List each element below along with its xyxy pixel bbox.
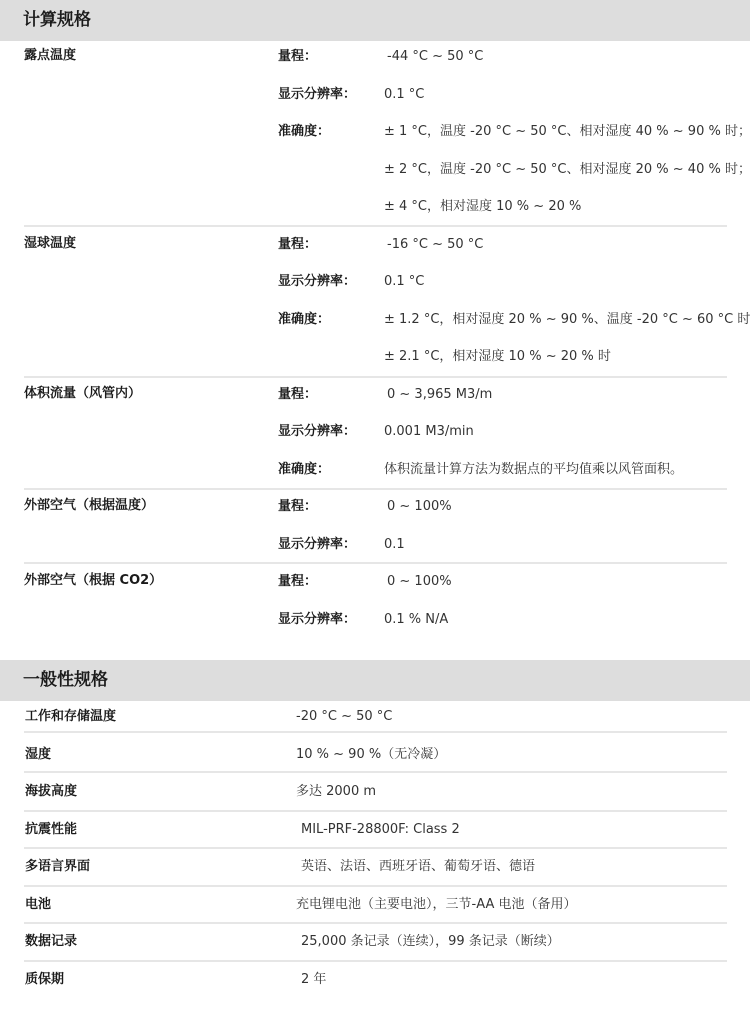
row-value: -20 °C ~ 50 °C	[296, 707, 392, 727]
row-value: ± 1 °C，温度 -20 °C ~ 50 °C、相对湿度 40 % ~ 90 …	[384, 122, 750, 142]
row-value: 0 ~ 100%	[387, 497, 452, 517]
row-label: 显示分辨率：	[278, 422, 356, 442]
row-value: ± 1.2 °C，相对湿度 20 % ~ 90 %、温度 -20 °C ~ 60…	[384, 310, 750, 330]
row-label: 显示分辨率：	[278, 610, 356, 630]
row-value: ± 2 °C，温度 -20 °C ~ 50 °C、相对湿度 20 % ~ 40 …	[384, 160, 750, 180]
divider	[24, 562, 727, 564]
row-label: 准确度：	[278, 310, 330, 330]
row-label: 海拔高度	[25, 782, 77, 802]
row-label: 多语言界面	[25, 857, 90, 877]
row-label: 显示分辨率：	[278, 85, 356, 105]
row-label: 数据记录	[25, 932, 77, 952]
row-value: MIL-PRF-28800F: Class 2	[301, 820, 460, 840]
category-label: 露点温度	[24, 46, 76, 66]
divider	[24, 731, 727, 733]
row-value: 英语、法语、西班牙语、葡萄牙语、德语	[301, 857, 535, 877]
row-label: 抗震性能	[25, 820, 77, 840]
row-value: 体积流量计算方法为数据点的平均值乘以风管面积。	[384, 460, 683, 480]
row-label: 工作和存储温度	[25, 707, 116, 727]
row-value: 0 ~ 100%	[387, 572, 452, 592]
section-title: 计算规格	[23, 6, 91, 34]
row-label: 电池	[25, 895, 51, 915]
row-label: 量程：	[278, 385, 317, 405]
row-label: 量程：	[278, 497, 317, 517]
divider	[24, 771, 727, 773]
row-value: 多达 2000 m	[296, 782, 376, 802]
divider	[24, 960, 727, 962]
category-label: 湿球温度	[24, 234, 76, 254]
row-value: 0 ~ 3,965 M3/m	[387, 385, 492, 405]
divider	[24, 225, 727, 227]
row-value: 充电锂电池（主要电池），三节-AA 电池（备用）	[296, 895, 576, 915]
section-title: 一般性规格	[23, 666, 108, 694]
row-value: 0.1 °C	[384, 272, 424, 292]
divider	[24, 488, 727, 490]
row-label: 显示分辨率：	[278, 272, 356, 292]
divider	[24, 810, 727, 812]
row-value: 25,000 条记录（连续），99 条记录（断续）	[301, 932, 560, 952]
row-label: 显示分辨率：	[278, 535, 356, 555]
general-specs-header: 一般性规格	[0, 660, 750, 701]
row-value: 2 年	[301, 970, 326, 990]
row-label: 量程：	[278, 235, 317, 255]
row-value: ± 4 °C，相对湿度 10 % ~ 20 %	[384, 197, 581, 217]
row-value: -16 °C ~ 50 °C	[387, 235, 483, 255]
divider	[24, 885, 727, 887]
row-label: 质保期	[25, 970, 64, 990]
divider	[24, 847, 727, 849]
category-label: 外部空气（根据 CO2）	[24, 571, 162, 591]
row-value: 0.1 °C	[384, 85, 424, 105]
row-value: 0.1 % N/A	[384, 610, 448, 630]
category-label: 外部空气（根据温度）	[24, 496, 154, 516]
row-label: 准确度：	[278, 460, 330, 480]
row-value: ± 2.1 °C，相对湿度 10 % ~ 20 % 时	[384, 347, 611, 367]
row-label: 准确度：	[278, 122, 330, 142]
row-value: 0.1	[384, 535, 405, 555]
row-label: 量程：	[278, 572, 317, 592]
divider	[24, 922, 727, 924]
row-label: 湿度	[25, 745, 51, 765]
row-value: 10 % ~ 90 %（无冷凝）	[296, 745, 446, 765]
category-label: 体积流量（风管内）	[24, 384, 141, 404]
row-label: 量程：	[278, 47, 317, 67]
calc-specs-header: 计算规格	[0, 0, 750, 41]
row-value: 0.001 M3/min	[384, 422, 474, 442]
row-value: -44 °C ~ 50 °C	[387, 47, 483, 67]
divider	[24, 376, 727, 378]
